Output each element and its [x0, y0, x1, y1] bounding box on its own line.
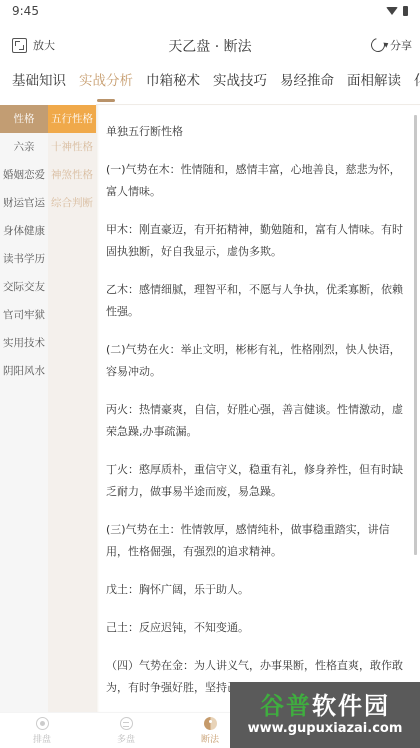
app-header: 放大 天乙盘 · 断法 分享 — [0, 30, 420, 62]
watermark-title: 谷普软件园 — [260, 692, 390, 720]
nav-label: 排盘 — [33, 732, 51, 745]
page-title: 天乙盘 · 断法 — [0, 36, 420, 56]
tab-basic-knowledge[interactable]: 基础知识 — [12, 70, 66, 102]
share-icon — [368, 35, 387, 54]
share-button[interactable]: 分享 — [371, 37, 412, 53]
share-label: 分享 — [390, 37, 412, 53]
scrollbar[interactable] — [414, 115, 417, 555]
battery-icon — [403, 6, 408, 16]
sidebar-item-health[interactable]: 身体健康 — [0, 217, 48, 245]
tab-practical-analysis[interactable]: 实战分析 — [79, 70, 133, 102]
watermark-overlay: 谷普软件园 www.gupuxiazai.com — [230, 682, 420, 748]
article-paragraph: (三)气势在土：性情敦厚，感情纯朴，做事稳重踏实，讲信用，性格倔强，有强烈的追求… — [106, 519, 408, 563]
nav-label: 多盘 — [117, 732, 135, 745]
tab-practical-tips[interactable]: 实战技巧 — [213, 70, 267, 102]
article-heading: 单独五行断性格 — [106, 121, 408, 143]
sidebar-item-personality[interactable]: 性格 — [0, 105, 48, 133]
secondary-sidebar: 五行性格 十神性格 神煞性格 综合判断 — [48, 105, 96, 712]
sidebar-item-education[interactable]: 读书学历 — [0, 245, 48, 273]
status-icons — [386, 6, 408, 16]
sidebar-item-techniques[interactable]: 实用技术 — [0, 329, 48, 357]
subitem-five-elements[interactable]: 五行性格 — [48, 105, 96, 133]
subitem-ten-gods[interactable]: 十神性格 — [48, 133, 96, 161]
article-paragraph: 戊土：胸怀广阔，乐于助人。 — [106, 579, 408, 601]
multi-icon — [120, 717, 133, 730]
tab-secret-arts[interactable]: 巾箱秘术 — [146, 70, 200, 102]
primary-sidebar: 性格 六亲 婚姻恋爱 财运官运 身体健康 读书学历 交际交友 官司牢狱 实用技术… — [0, 105, 48, 712]
article-paragraph: 己土：反应迟钝，不知变通。 — [106, 617, 408, 639]
subitem-comprehensive[interactable]: 综合判断 — [48, 189, 96, 217]
status-bar: 9:45 — [0, 0, 420, 24]
article-paragraph: 甲木：刚直豪迈，有开拓精神，勤勉随和，富有人情味。有时固执独断，好自我显示，虚伪… — [106, 219, 408, 263]
nav-item-pan[interactable]: 排盘 — [0, 713, 84, 748]
article-paragraph: 丙火：热情豪爽，自信，好胜心强，善言健谈。性情激动，虚荣急躁,办事疏漏。 — [106, 399, 408, 443]
sidebar-item-fengshui[interactable]: 阴阳风水 — [0, 357, 48, 385]
nav-label: 断法 — [201, 732, 219, 745]
pan-icon — [36, 717, 49, 730]
tab-yijing-fortune[interactable]: 易经推命 — [280, 70, 334, 102]
sidebar-item-relatives[interactable]: 六亲 — [0, 133, 48, 161]
article-content[interactable]: 单独五行断性格 (一)气势在木：性情随和，感情丰富，心地善良，慈悲为怀，富人情味… — [96, 105, 420, 712]
tab-face-reading[interactable]: 面相解读 — [347, 70, 401, 102]
sidebar-item-marriage[interactable]: 婚姻恋爱 — [0, 161, 48, 189]
sidebar-item-social[interactable]: 交际交友 — [0, 273, 48, 301]
article-paragraph: (二)气势在火：举止文明，彬彬有礼，性格刚烈，快人快语，容易冲动。 — [106, 339, 408, 383]
article-paragraph: 丁火：憨厚质朴，重信守义，稳重有礼，修身养性，但有时缺乏耐力，做事易半途而废，易… — [106, 459, 408, 503]
tab-resolution-knowledge[interactable]: 化解知识 — [414, 70, 420, 102]
category-tabs: 基础知识 实战分析 巾箱秘术 实战技巧 易经推命 面相解读 化解知识 — [0, 70, 420, 102]
sidebar-item-wealth-career[interactable]: 财运官运 — [0, 189, 48, 217]
sidebar-item-lawsuits[interactable]: 官司牢狱 — [0, 301, 48, 329]
article-paragraph: (一)气势在木：性情随和，感情丰富，心地善良，慈悲为怀，富人情味。 — [106, 159, 408, 203]
article-paragraph: 乙木：感情细腻，理智平和，不愿与人争执，优柔寡断，依赖性强。 — [106, 279, 408, 323]
subitem-shensha[interactable]: 神煞性格 — [48, 161, 96, 189]
wifi-icon — [386, 7, 398, 15]
yinyang-icon — [204, 717, 217, 730]
watermark-url: www.gupuxiazai.com — [248, 720, 403, 738]
nav-item-multi[interactable]: 多盘 — [84, 713, 168, 748]
status-time: 9:45 — [12, 4, 39, 18]
